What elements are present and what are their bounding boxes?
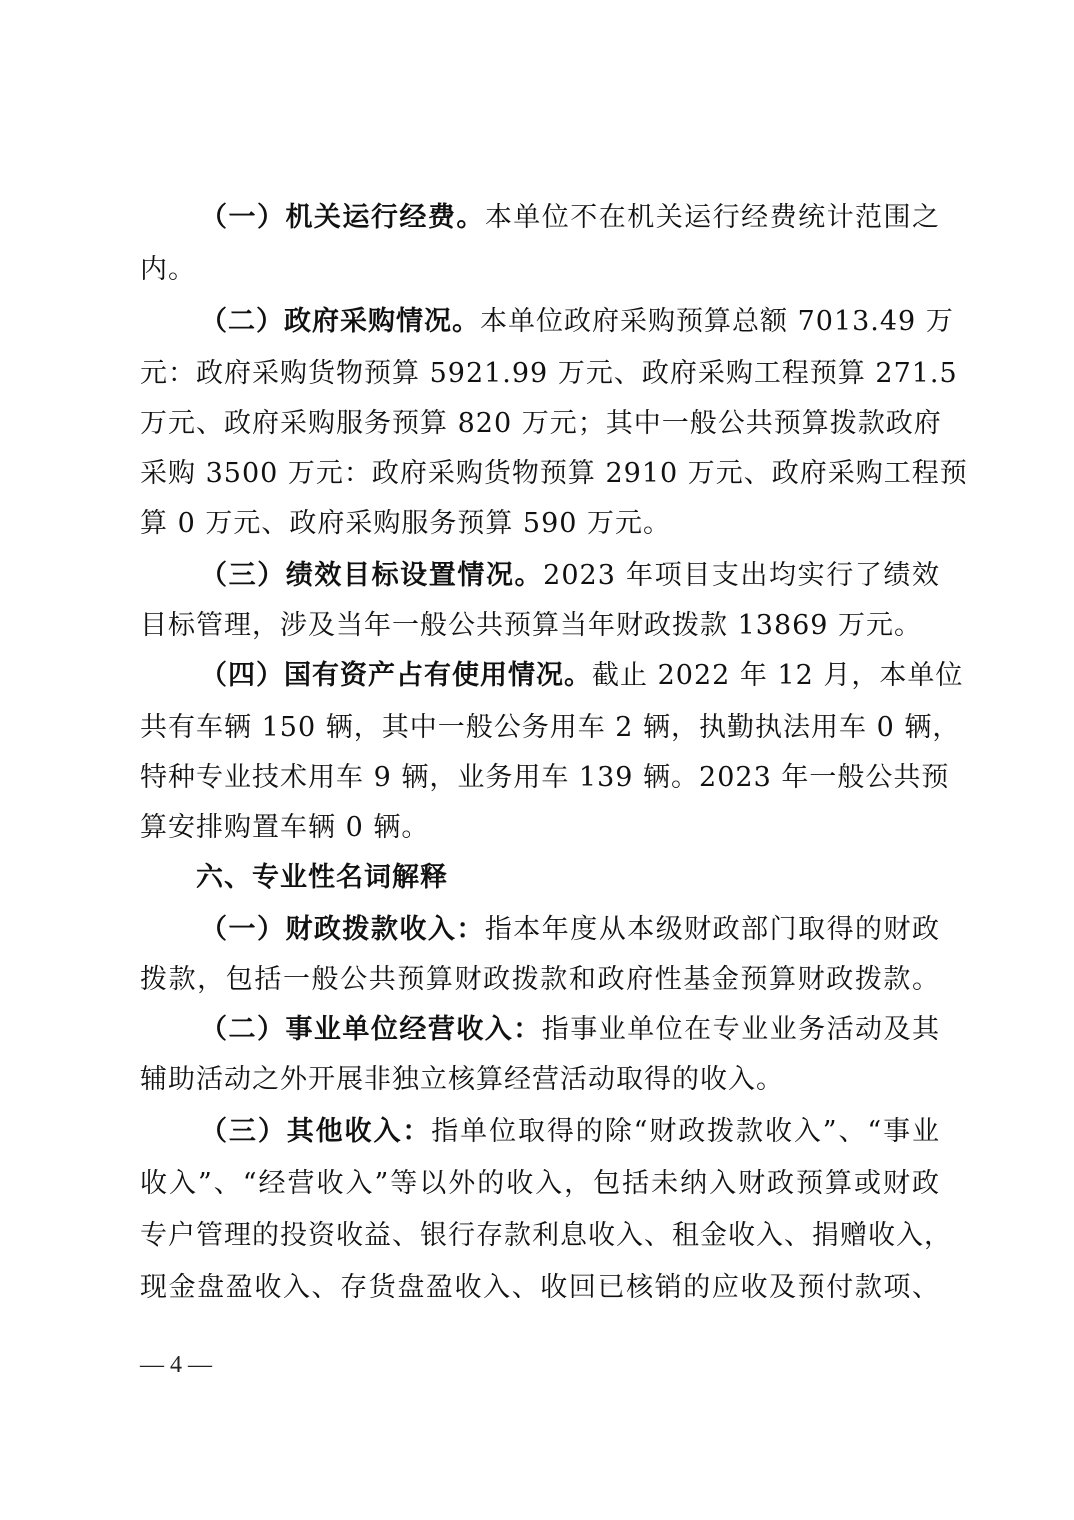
- paragraph-text: 指单位取得的除“财政拨款收入”、“事业: [431, 1116, 940, 1147]
- paragraph-text: 指事业单位在专业业务活动及其: [542, 1014, 940, 1045]
- paragraph-text: 指本年度从本级财政部门取得的财政: [485, 914, 940, 945]
- paragraph-line: 算 0 万元、政府采购服务预算 590 万元。: [140, 506, 940, 542]
- paragraph-lead: （四）国有资产占有使用情况。: [200, 660, 592, 691]
- paragraph-line: 共有车辆 150 辆，其中一般公务用车 2 辆，执勤执法用车 0 辆，: [140, 710, 940, 746]
- paragraph-line: 采购 3500 万元：政府采购货物预算 2910 万元、政府采购工程预: [140, 456, 940, 492]
- paragraph-line: （二）政府采购情况。本单位政府采购预算总额 7013.49 万: [200, 304, 940, 340]
- paragraph-line: （一）财政拨款收入：指本年度从本级财政部门取得的财政: [200, 912, 940, 948]
- page-number: — 4 —: [140, 1350, 212, 1380]
- paragraph-line: 特种专业技术用车 9 辆，业务用车 139 辆。2023 年一般公共预: [140, 760, 940, 796]
- paragraph-line: 拨款，包括一般公共预算财政拨款和政府性基金预算财政拨款。: [140, 962, 940, 998]
- paragraph-line: 内。: [140, 252, 940, 288]
- paragraph-text: 2023 年项目支出均实行了绩效: [543, 560, 940, 591]
- paragraph-line: （三）绩效目标设置情况。2023 年项目支出均实行了绩效: [200, 558, 940, 594]
- paragraph-line: 辅助活动之外开展非独立核算经营活动取得的收入。: [140, 1062, 940, 1098]
- paragraph-line: （三）其他收入：指单位取得的除“财政拨款收入”、“事业: [200, 1114, 940, 1150]
- paragraph-line: 现金盘盈收入、存货盘盈收入、收回已核销的应收及预付款项、: [140, 1270, 940, 1306]
- paragraph-text: 截止 2022 年 12 月，本单位: [592, 660, 963, 691]
- paragraph-line: （二）事业单位经营收入：指事业单位在专业业务活动及其: [200, 1012, 940, 1048]
- paragraph-line: 收入”、“经营收入”等以外的收入，包括未纳入财政预算或财政: [140, 1166, 940, 1202]
- paragraph-line: （一）机关运行经费。本单位不在机关运行经费统计范围之: [200, 200, 940, 236]
- paragraph-lead: （三）绩效目标设置情况。: [200, 560, 543, 591]
- paragraph-line: 目标管理，涉及当年一般公共预算当年财政拨款 13869 万元。: [140, 608, 940, 644]
- paragraph-lead: （一）财政拨款收入：: [200, 914, 485, 945]
- paragraph-line: 元：政府采购货物预算 5921.99 万元、政府采购工程预算 271.5: [140, 356, 940, 392]
- paragraph-line: 专户管理的投资收益、银行存款利息收入、租金收入、捐赠收入，: [140, 1218, 940, 1254]
- paragraph-lead: （三）其他收入：: [200, 1116, 431, 1147]
- paragraph-lead: （一）机关运行经费。: [200, 202, 485, 233]
- paragraph-line: 万元、政府采购服务预算 820 万元；其中一般公共预算拨款政府: [140, 406, 940, 442]
- paragraph-text: 本单位不在机关运行经费统计范围之: [485, 202, 940, 233]
- document-page: （一）机关运行经费。本单位不在机关运行经费统计范围之 内。 （二）政府采购情况。…: [0, 0, 1074, 1520]
- paragraph-lead: （二）事业单位经营收入：: [200, 1014, 542, 1045]
- paragraph-text: 本单位政府采购预算总额 7013.49 万: [480, 306, 954, 337]
- paragraph-line: （四）国有资产占有使用情况。截止 2022 年 12 月，本单位: [200, 658, 940, 694]
- paragraph-lead: （二）政府采购情况。: [200, 306, 480, 337]
- paragraph-line: 算安排购置车辆 0 辆。: [140, 810, 940, 846]
- section-heading: 六、专业性名词解释: [196, 860, 448, 896]
